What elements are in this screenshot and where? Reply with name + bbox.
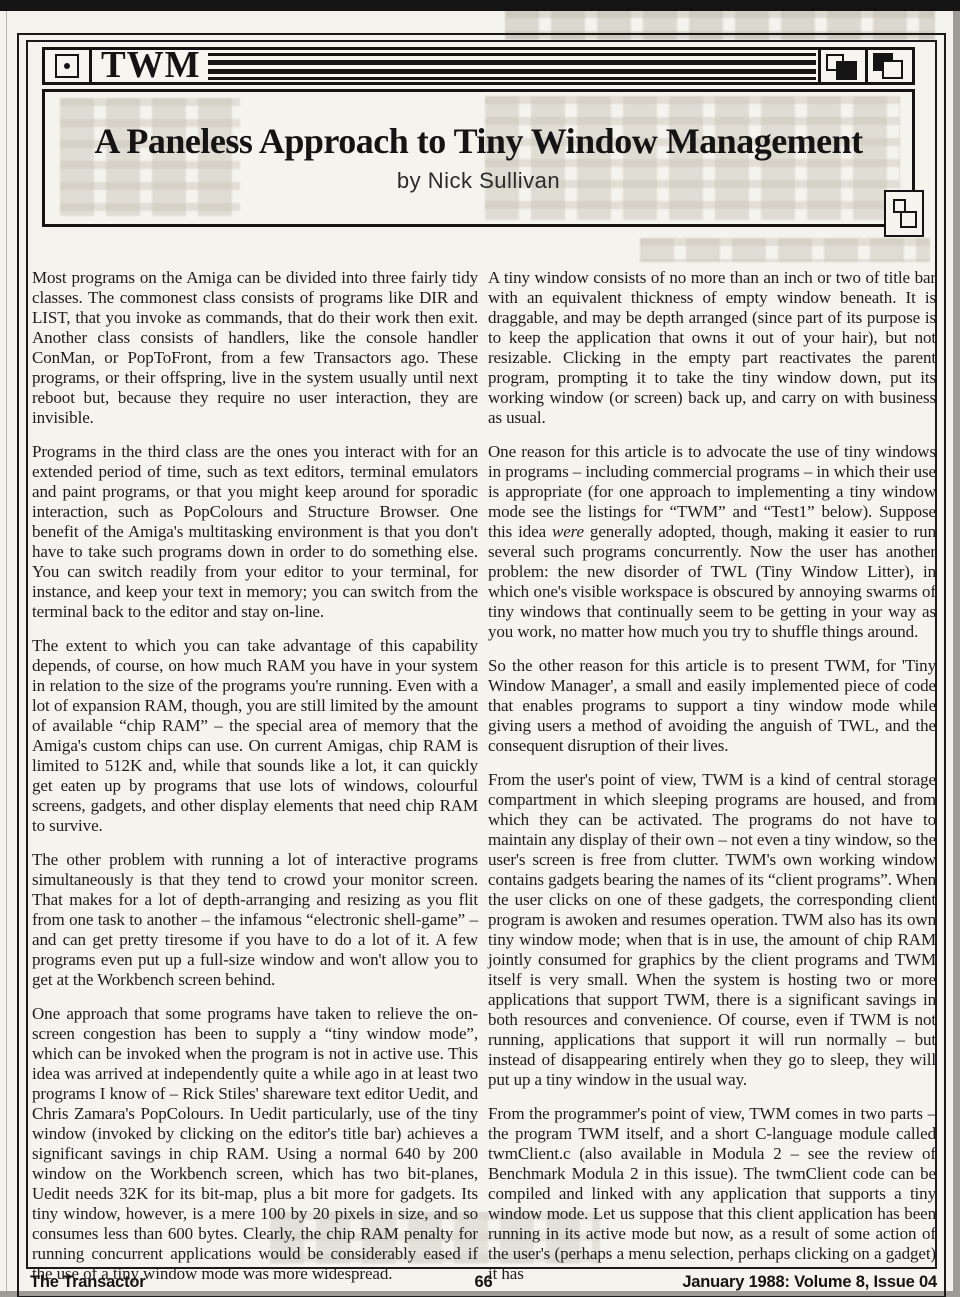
magazine-page: TWM A Paneless Approach to Tiny Window M… [0, 10, 953, 1291]
paragraph: One approach that some programs have tak… [32, 1004, 478, 1284]
window-resize-icon [884, 190, 924, 237]
drag-bar-stripes [208, 53, 816, 80]
twm-title-bar: TWM [42, 47, 915, 85]
article-column-right: A tiny window consists of no more than a… [488, 268, 936, 1297]
scan-edge-bar [0, 0, 960, 11]
app-title: TWM [92, 51, 208, 82]
article-title: A Paneless Approach to Tiny Window Manag… [45, 122, 912, 160]
article-byline: by Nick Sullivan [45, 168, 912, 194]
page-footer: 66 The Transactor January 1988: Volume 8… [30, 1271, 937, 1293]
page-number: 66 [30, 1273, 937, 1292]
paragraph: The extent to which you can take advanta… [32, 636, 478, 836]
close-icon [45, 50, 92, 82]
paragraph: One reason for this article is to advoca… [488, 442, 936, 642]
paragraph: So the other reason for this article is … [488, 656, 936, 756]
paragraph: Most programs on the Amiga can be divide… [32, 268, 478, 428]
paragraph: From the programmer's point of view, TWM… [488, 1104, 936, 1284]
paragraph: Programs in the third class are the ones… [32, 442, 478, 622]
window-to-front-icon [865, 50, 912, 82]
article-header-box: A Paneless Approach to Tiny Window Manag… [42, 89, 915, 227]
paragraph: The other problem with running a lot of … [32, 850, 478, 990]
paragraph: From the user's point of view, TWM is a … [488, 770, 936, 1090]
italic-word: were [552, 522, 584, 541]
window-to-back-icon [818, 50, 865, 82]
scan-edge-line [6, 11, 7, 1291]
article-column-left: Most programs on the Amiga can be divide… [32, 268, 478, 1297]
paragraph: A tiny window consists of no more than a… [488, 268, 936, 428]
